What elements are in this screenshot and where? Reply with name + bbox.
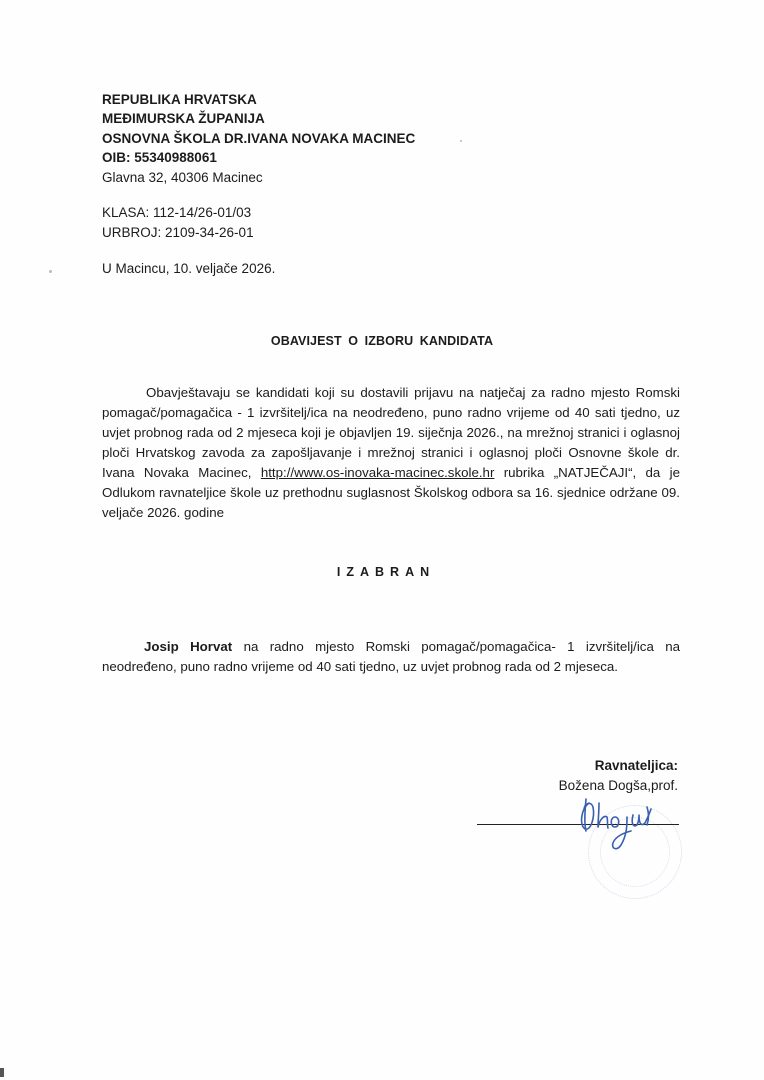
- letterhead-county: MEĐIMURSKA ŽUPANIJA: [102, 109, 415, 128]
- letterhead-oib: OIB: 55340988061: [102, 148, 415, 167]
- selection-paragraph: Josip Horvat na radno mjesto Romski poma…: [102, 637, 680, 677]
- scan-artifact-mark: [0, 1068, 4, 1077]
- letterhead-address: Glavna 32, 40306 Macinec: [102, 168, 415, 187]
- signature-block: Ravnateljica: Božena Dogša,prof.: [559, 756, 678, 795]
- selected-heading: IZABRAN: [0, 565, 764, 579]
- place-date: U Macincu, 10. veljače 2026.: [102, 259, 275, 279]
- scan-artifact-dot: [460, 140, 462, 142]
- school-website-link[interactable]: http://www.os-inovaka-macinec.skole.hr: [261, 465, 495, 480]
- document-title: OBAVIJEST O IZBORU KANDIDATA: [0, 334, 764, 348]
- document-page: REPUBLIKA HRVATSKA MEĐIMURSKA ŽUPANIJA O…: [0, 0, 764, 1080]
- scan-artifact-dot: [49, 270, 52, 273]
- urbroj: URBROJ: 2109-34-26-01: [102, 223, 254, 243]
- notice-paragraph: Obavještavaju se kandidati koji su dosta…: [102, 383, 680, 523]
- signatory-role: Ravnateljica:: [559, 756, 678, 776]
- reference-numbers: KLASA: 112-14/26-01/03 URBROJ: 2109-34-2…: [102, 203, 254, 242]
- klasa: KLASA: 112-14/26-01/03: [102, 203, 254, 223]
- signatory-name: Božena Dogša,prof.: [559, 776, 678, 796]
- letterhead-school: OSNOVNA ŠKOLA DR.IVANA NOVAKA MACINEC: [102, 129, 415, 148]
- letterhead: REPUBLIKA HRVATSKA MEĐIMURSKA ŽUPANIJA O…: [102, 90, 415, 187]
- letterhead-country: REPUBLIKA HRVATSKA: [102, 90, 415, 109]
- handwritten-signature-icon: [575, 795, 670, 855]
- selected-candidate-name: Josip Horvat: [144, 639, 232, 654]
